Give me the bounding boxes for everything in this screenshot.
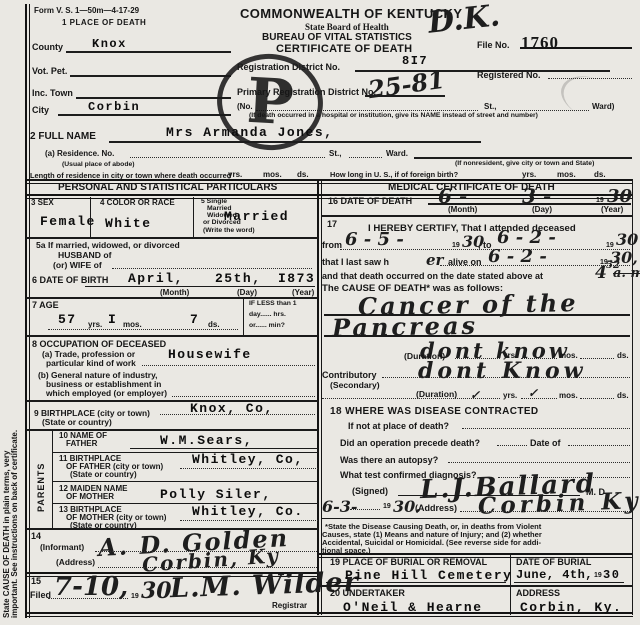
filed-year-value: 30 (141, 578, 172, 604)
marital-option-1: 5 Single (201, 198, 227, 205)
burial-date-rule (514, 582, 624, 583)
father-name-value: W.M.Sears, (160, 433, 253, 448)
certify-number: 17 (327, 219, 337, 229)
dod-unit-year: (Year) (601, 206, 623, 214)
undertaker-value: O'Neil & Hearne (343, 600, 483, 615)
inc-town-label: Inc. Town (32, 88, 73, 98)
occupation-b-line3: which employed (or employer) (46, 389, 167, 398)
to-value: 6 - 2 - (497, 227, 556, 248)
question2-rule (497, 445, 527, 446)
duration2-rule3 (580, 398, 614, 399)
sex-label: 3 SEX (31, 199, 54, 207)
margin-note: State CAUSE OF DEATH in plain terms, ver… (3, 182, 20, 618)
undertaker-label: 20 UNDERTAKER (330, 588, 405, 598)
sex-value: Female (40, 214, 96, 229)
age-label: 7 AGE (32, 300, 59, 310)
father-bp-row-rule (52, 481, 318, 482)
residence-st-line (349, 157, 382, 158)
informant-label: (Informant) (40, 543, 84, 552)
occupation-row-rule (26, 400, 318, 402)
left-column-title: PERSONAL AND STATISTICAL PARTICULARS (58, 182, 277, 193)
question-not-at-place: If not at place of death? (348, 421, 449, 431)
dob-day-value: 25th, (215, 271, 262, 286)
race-value: White (105, 216, 152, 231)
physician-address-value: Corbin Ky (478, 487, 640, 520)
dod-unit-month: (Month) (448, 206, 477, 214)
mother-name-label2: OF MOTHER (66, 493, 114, 501)
contributory-value: dont Know (418, 358, 587, 384)
county-value: Knox (92, 37, 127, 51)
burial-place-rule (326, 582, 506, 583)
occupation-b-rule (172, 396, 315, 397)
occupation-a-rule (142, 365, 315, 366)
from-to-rule (340, 249, 630, 250)
form-number: Form V. S. 1—50m—4-17-29 (34, 7, 139, 15)
left-border (25, 4, 30, 618)
question-operation-date: Date of (530, 438, 561, 448)
contributory-note: (Secondary) (330, 381, 380, 390)
file-no-strike (520, 47, 632, 49)
margin-note-line2: important. See instructions on back of c… (11, 182, 19, 618)
full-name-line (109, 141, 481, 143)
dod-label: 16 DATE OF DEATH (328, 196, 412, 206)
sign-date-rule (350, 509, 380, 510)
burial-date-label: DATE OF BURIAL (516, 557, 591, 567)
informant-address-rule (98, 567, 317, 568)
residence-label: (a) Residence. No. (45, 150, 114, 158)
undertaker-address-label: ADDRESS (516, 588, 560, 598)
marital-write-note: (Write the word) (203, 227, 255, 234)
age-line (48, 329, 238, 330)
marital-row-rule (26, 237, 318, 239)
father-name-rule (130, 448, 318, 449)
dod-row-rule (322, 215, 632, 217)
reg-district-value: 8I7 (402, 54, 428, 68)
husband-wife-label-3: (or) WIFE of (53, 261, 102, 270)
question-autopsy: Was there an autopsy? (340, 455, 438, 465)
mother-bp-rule (180, 520, 318, 521)
dob-label: 6 DATE OF BIRTH (32, 275, 108, 285)
age-box-divider (243, 298, 244, 335)
certificate-title: CERTIFICATE OF DEATH (276, 43, 412, 55)
filed-number: 15 (31, 576, 41, 586)
age-ds-value: 7 (190, 312, 199, 327)
burial-divider (510, 553, 511, 615)
race-label: 4 COLOR OR RACE (100, 199, 175, 207)
informant-address-label: (Address) (56, 558, 95, 567)
burial-year-value: 30 (603, 568, 620, 582)
question2b-rule (568, 445, 630, 446)
father-bp-label3: (State or country) (70, 471, 137, 479)
duration2-mos: mos. (559, 392, 578, 400)
sign-address-rule (460, 511, 630, 512)
burial-place-label: 19 PLACE OF BURIAL OR REMOVAL (330, 557, 487, 567)
last-saw-pronoun: er (426, 251, 443, 269)
alive-on-value: 6 - 2 - (488, 246, 547, 267)
sign-address-label: (Address) (415, 503, 457, 513)
filed-19: 19 (131, 593, 139, 600)
death-time-ampm: a. m (613, 266, 640, 281)
marital-value: Married (224, 209, 289, 224)
full-name-value: Mrs Armanda Jones, (166, 125, 333, 140)
contributory-label: Contributory (322, 370, 377, 380)
husband-wife-label-2: HUSBAND of (58, 251, 111, 260)
birthplace-rule (160, 414, 315, 415)
question-operation: Did an operation precede death? (340, 438, 480, 448)
vot-pet-line (70, 75, 231, 77)
dob-month-value: April, (128, 271, 184, 286)
race-marital-divider (193, 197, 194, 237)
bureau-title: BUREAU OF VITAL STATISTICS (262, 32, 412, 43)
to-year: 30 (616, 230, 638, 249)
burial-date-value: June, 4th, (516, 568, 593, 582)
sign-19: 19 (383, 503, 391, 510)
place-of-death-label: 1 PLACE OF DEATH (62, 19, 146, 27)
county-label: County (32, 42, 63, 52)
foreign-birth-label: How long in U. S., if of foreign birth? (330, 171, 458, 179)
occupation-a-line2: particular kind of work (46, 359, 136, 368)
duration2-mark1: ✓ (470, 388, 480, 402)
dob-line (85, 286, 315, 287)
abode-note: (Usual place of abode) (62, 161, 135, 168)
county-line (66, 51, 231, 53)
parents-label: PARENTS (36, 463, 46, 512)
death-occurred-text: and that death occurred on the date stat… (322, 271, 543, 281)
pencil-scribble (554, 67, 628, 130)
street-st-label: St., (484, 103, 496, 111)
last-saw-text: that I last saw h (322, 257, 389, 267)
birthplace-note: (State or country) (42, 418, 112, 427)
from-value: 6 - 5 - (345, 229, 404, 250)
residence-ward-line (414, 157, 632, 159)
duration2-yrs: yrs. (503, 392, 517, 400)
husband-wife-line (112, 268, 312, 269)
sign-date-value: 6-3- (322, 497, 358, 516)
father-name-label2: FATHER (66, 440, 97, 448)
husband-wife-label-1: 5a If married, widowed, or divorced (36, 241, 180, 250)
burial-19: 19 (594, 572, 602, 579)
signed-label: (Signed) (352, 486, 388, 496)
question3-rule (448, 462, 630, 463)
annotation-dk: D.K. (426, 0, 501, 41)
question1-rule (462, 428, 630, 429)
father-bp-rule (180, 468, 318, 469)
dob-row-rule (26, 297, 318, 299)
city-value: Corbin (88, 100, 140, 114)
mother-name-value: Polly Siler, (160, 487, 272, 502)
if-less-line2: day...... hrs. (249, 311, 286, 318)
dod-unit-day: (Day) (532, 206, 552, 214)
nonresident-note: (If nonresident, give city or town and S… (455, 160, 594, 167)
board-title: State Board of Health (305, 22, 389, 32)
if-less-line1: IF LESS than 1 (249, 300, 297, 307)
occupation-label: 8 OCCUPATION OF DECEASED (32, 339, 166, 349)
undertaker-top-rule (318, 585, 633, 587)
file-no-label: File No. (477, 40, 510, 50)
undertaker-address-value: Corbin, Ky. (520, 600, 622, 615)
father-bp-value: Whitley, Co, (192, 452, 304, 467)
age-yrs-value: 57 (58, 312, 77, 327)
city-label: City (32, 105, 49, 115)
city-line (58, 114, 231, 116)
residence-st-label: St., (329, 150, 341, 158)
burial-place-value: Pine Hill Cemetery (345, 568, 512, 583)
age-row-rule (26, 335, 318, 337)
where-contracted-label: 18 WHERE WAS DISEASE CONTRACTED (330, 406, 539, 417)
cause-rule2 (324, 335, 630, 337)
primary-district-line (365, 95, 445, 97)
duration2-ds: ds. (617, 392, 629, 400)
duration2-rule2 (521, 398, 557, 399)
file-no-value: 1760 (521, 33, 559, 53)
informant-number: 14 (31, 531, 41, 541)
age-mos-value: I (108, 312, 117, 327)
parents-divider (52, 429, 53, 528)
from-label: from (322, 240, 342, 250)
residence-ward-label: Ward. (386, 150, 408, 158)
full-name-label: 2 FULL NAME (30, 131, 96, 142)
occupation-a-value: Housewife (168, 347, 252, 362)
vot-pet-label: Vot. Pet. (32, 66, 67, 76)
inc-town-line (76, 97, 231, 99)
dob-year-value: I873 (278, 271, 315, 286)
duration1-ds: ds. (617, 352, 629, 360)
registrar-label: Registrar (272, 602, 307, 610)
from-19: 19 (452, 242, 460, 249)
death-certificate-scan: State CAUSE OF DEATH in plain terms, ver… (0, 0, 640, 625)
footnote-top-rule (322, 518, 632, 519)
mother-bp-value: Whitley, Co. (192, 504, 304, 519)
if-less-line3: or...... min? (249, 322, 285, 329)
filed-rule (48, 598, 128, 599)
duration2-rule (322, 398, 500, 399)
residence-line (130, 157, 325, 158)
sex-race-divider (90, 197, 91, 237)
contributory-rule (382, 377, 630, 378)
